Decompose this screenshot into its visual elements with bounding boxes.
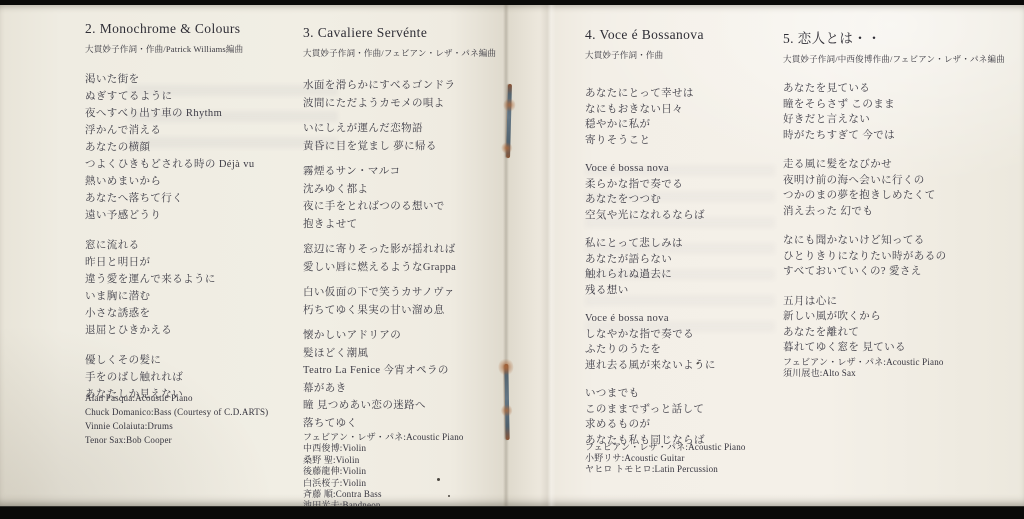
musicians-list: フェビアン・レザ・パネ:Acoustic Piano中西俊博:Violin桑野 … [303,432,464,512]
lyric-stanza: 五月は心に新しい風が吹くからあなたを離れて暮れてゆく窓を 見ている [783,294,1011,356]
lyric-line: 走る風に髪をなびかせ [783,157,1011,173]
lyric-stanza: いつまでもこのままでずっと話して求めるものがあなたも私も同じならば [585,386,781,448]
lyric-line: すべておいていくの? 愛さえ [783,264,1011,280]
lyric-line: なにもおきない日々 [585,102,781,118]
scanner-edge-bottom [0,506,1024,519]
column-track-5: 5. 恋人とは・・ 大貫妙子作詞/中西俊博作曲/フェビアン・レザ・パネ編曲 あな… [783,27,1011,370]
lyric-line: 優しくその髪に [85,352,300,369]
lyric-line: Voce é bossa nova [585,161,781,177]
lyric-line: 愛しい唇に燃えるようなGrappa [303,259,521,277]
lyric-line: 連れ去る風が来ないように [585,358,781,374]
lyric-line: Voce é bossa nova [585,311,781,327]
column-track-2: 2. Monochrome & Colours 大貫妙子作詞・作曲/Patric… [85,21,300,416]
lyric-line: 窓に流れる [85,237,300,254]
musician-line: 桑野 聖:Violin [303,455,464,466]
track-credit: 大貫妙子作詞・作曲 [585,49,781,61]
lyric-line: 波間にただようカモメの唄よ [303,95,521,113]
dust-speck [437,478,440,481]
lyric-line: 好きだと言えない [783,112,1011,128]
lyric-line: 柔らかな指で奏でる [585,177,781,193]
lyric-stanza: 渇いた街をぬぎすてるように夜へすべり出す車の Rhythm浮かんで消えるあなたの… [85,71,300,224]
musician-line: 中西俊博:Violin [303,443,464,454]
track-credit: 大貫妙子作詞/中西俊博作曲/フェビアン・レザ・パネ編曲 [783,53,1011,65]
musicians-list: Alan Pasqua:Acoustic PianoChuck Domanico… [85,391,268,447]
track-title: 2. Monochrome & Colours [85,21,300,37]
musician-line: 斉藤 順:Contra Bass [303,489,464,500]
lyric-line: 私にとって悲しみは [585,236,781,252]
musician-line: フェビアン・レザ・パネ:Acoustic Piano [783,357,944,368]
musician-line: Chuck Domanico:Bass (Courtesy of C.D.ART… [85,405,268,419]
lyric-line: 暮れてゆく窓を 見ている [783,340,1011,356]
musician-line: Alan Pasqua:Acoustic Piano [85,391,268,405]
musician-line: 後藤龍伸:Violin [303,466,464,477]
lyric-line: 浮かんで消える [85,122,300,139]
lyric-line: 夜明け前の海へ会いに行くの [783,173,1011,189]
lyric-line: あなたの横顔 [85,139,300,156]
lyric-stanza: なにも聞かないけど知ってるひとりきりになりたい時があるのすべておいていくの? 愛… [783,233,1011,280]
lyric-line: 瞳 見つめあい恋の迷路へ [303,397,521,415]
lyric-stanza: あなたを見ている瞳をそらさず このまま好きだと言えない時がたちすぎて 今では [783,81,1011,143]
lyric-line: 寄りそうこと [585,133,781,149]
lyric-line: 昨日と明日が [85,254,300,271]
column-track-4: 4. Voce é Bossanova 大貫妙子作詞・作曲 あなたにとって幸せは… [585,27,781,461]
lyric-line: 消え去った 幻でも [783,204,1011,220]
lyric-line: 白い仮面の下で笑うカサノヴァ [303,284,521,302]
track-credit: 大貫妙子作詞・作曲/Patrick Williams編曲 [85,43,300,55]
musicians-list: フェビアン・レザ・パネ:Acoustic Piano小野リサ:Acoustic … [585,442,746,474]
lyric-line: ふたりのうたを [585,342,781,358]
lyric-line: このままでずっと話して [585,402,781,418]
track-title: 4. Voce é Bossanova [585,27,781,43]
musicians-list: フェビアン・レザ・パネ:Acoustic Piano須川展也:Alto Sax [783,357,944,379]
lyric-line: ぬぎすてるように [85,88,300,105]
lyric-line: 違う愛を運んで来るように [85,271,300,288]
lyric-line: 穏やかに私が [585,117,781,133]
lyric-stanza: 懐かしいアドリアの髪ほどく潮風Teatro La Fenice 今宵オペラの幕が… [303,327,521,432]
lyric-line: ひとりきりになりたい時があるの [783,249,1011,265]
lyric-line: 髪ほどく潮風 [303,345,521,363]
lyric-line: なにも聞かないけど知ってる [783,233,1011,249]
lyric-line: 退屈とひきかえる [85,322,300,339]
lyrics-block: あなたを見ている瞳をそらさず このまま好きだと言えない時がたちすぎて 今では走る… [783,81,1011,356]
lyric-line: 窓辺に寄りそった影が揺れれば [303,241,521,259]
lyric-line: あなたをつつむ [585,192,781,208]
lyric-line: つよくひきもどされる時の Déjà vu [85,156,300,173]
lyric-line: 瞳をそらさず このまま [783,97,1011,113]
lyric-line: 遠い予感どうり [85,207,300,224]
lyric-stanza: 窓辺に寄りそった影が揺れれば愛しい唇に燃えるようなGrappa [303,241,521,276]
lyric-line: 夜に手をとればつのる想いで [303,198,521,216]
musician-line: フェビアン・レザ・パネ:Acoustic Piano [303,432,464,443]
fold-crease [540,5,556,506]
track-credit: 大貫妙子作詞・作曲/フェビアン・レザ・パネ編曲 [303,47,521,59]
lyric-stanza: Voce é bossa novaしなやかな指で奏でるふたりのうたを連れ去る風が… [585,311,781,373]
lyric-line: Teatro La Fenice 今宵オペラの [303,362,521,380]
lyric-stanza: Voce é bossa nova柔らかな指で奏でるあなたをつつむ空気や光になれ… [585,161,781,223]
lyric-line: 霧煙るサン・マルコ [303,163,521,181]
lyric-line: 朽ちてゆく果実の甘い溜め息 [303,302,521,320]
lyric-line: 抱きよせて [303,216,521,234]
musician-line: Vinnie Colaiuta:Drums [85,419,268,433]
lyric-line: あなたを見ている [783,81,1011,97]
dust-speck [697,362,699,364]
lyric-line: 五月は心に [783,294,1011,310]
lyric-line: 空気や光になれるならば [585,208,781,224]
lyric-line: 熱いめまいから [85,173,300,190]
lyric-line: いにしえが運んだ恋物語 [303,120,521,138]
musician-line: 須川展也:Alto Sax [783,368,944,379]
lyric-stanza: あなたにとって幸せはなにもおきない日々穏やかに私が寄りそうこと [585,86,781,148]
track-title: 3. Cavaliere Servénte [303,25,521,41]
lyric-stanza: 霧煙るサン・マルコ沈みゆく都よ夜に手をとればつのる想いで抱きよせて [303,163,521,233]
musician-line: Tenor Sax:Bob Cooper [85,433,268,447]
booklet-paper: 2. Monochrome & Colours 大貫妙子作詞・作曲/Patric… [0,5,1024,506]
lyric-line: 夜へすべり出す車の Rhythm [85,105,300,122]
lyric-line: 小さな誘惑を [85,305,300,322]
lyric-line: 落ちてゆく [303,415,521,433]
dust-speck [448,495,450,497]
booklet-scan: 2. Monochrome & Colours 大貫妙子作詞・作曲/Patric… [0,0,1024,519]
lyric-line: しなやかな指で奏でる [585,327,781,343]
scanner-edge-top [0,0,1024,5]
lyric-line: あなたへ落ちて行く [85,190,300,207]
lyric-line: 水面を滑らかにすべるゴンドラ [303,77,521,95]
musician-line: 小野リサ:Acoustic Guitar [585,453,746,464]
lyric-line: 残る想い [585,283,781,299]
lyric-line: 幕があき [303,380,521,398]
lyric-stanza: 窓に流れる昨日と明日が違う愛を運んで来るようにいま胸に潜む小さな誘惑を退屈とひき… [85,237,300,339]
lyric-stanza: 私にとって悲しみはあなたが語らない触れられぬ過去に残る想い [585,236,781,298]
lyric-stanza: 白い仮面の下で笑うカサノヴァ朽ちてゆく果実の甘い溜め息 [303,284,521,319]
lyric-stanza: いにしえが運んだ恋物語黄昏に目を覚まし 夢に帰る [303,120,521,155]
lyric-line: あなたにとって幸せは [585,86,781,102]
lyric-line: 手をのばし触れれば [85,369,300,386]
lyric-stanza: 水面を滑らかにすべるゴンドラ波間にただようカモメの唄よ [303,77,521,112]
musician-line: フェビアン・レザ・パネ:Acoustic Piano [585,442,746,453]
lyric-line: 懐かしいアドリアの [303,327,521,345]
lyrics-block: 渇いた街をぬぎすてるように夜へすべり出す車の Rhythm浮かんで消えるあなたの… [85,71,300,403]
track-title: 5. 恋人とは・・ [783,27,1011,47]
lyric-stanza: 走る風に髪をなびかせ夜明け前の海へ会いに行くのつかのまの夢を抱きしめたくて消え去… [783,157,1011,219]
lyric-line: 新しい風が吹くから [783,309,1011,325]
lyric-line: 求めるものが [585,417,781,433]
lyric-line: あなたを離れて [783,325,1011,341]
lyric-line: 黄昏に目を覚まし 夢に帰る [303,138,521,156]
lyric-line: 渇いた街を [85,71,300,88]
column-track-3: 3. Cavaliere Servénte 大貫妙子作詞・作曲/フェビアン・レザ… [303,25,521,440]
lyric-line: あなたが語らない [585,252,781,268]
lyrics-block: 水面を滑らかにすべるゴンドラ波間にただようカモメの唄よいにしえが運んだ恋物語黄昏… [303,77,521,432]
lyric-line: 時がたちすぎて 今では [783,128,1011,144]
lyric-line: 触れられぬ過去に [585,267,781,283]
musician-line: ヤヒロ トモヒロ:Latin Percussion [585,464,746,475]
lyric-line: いま胸に潜む [85,288,300,305]
lyric-line: いつまでも [585,386,781,402]
lyric-line: 沈みゆく都よ [303,181,521,199]
lyric-line: つかのまの夢を抱きしめたくて [783,188,1011,204]
lyrics-block: あなたにとって幸せはなにもおきない日々穏やかに私が寄りそうことVoce é bo… [585,86,781,448]
